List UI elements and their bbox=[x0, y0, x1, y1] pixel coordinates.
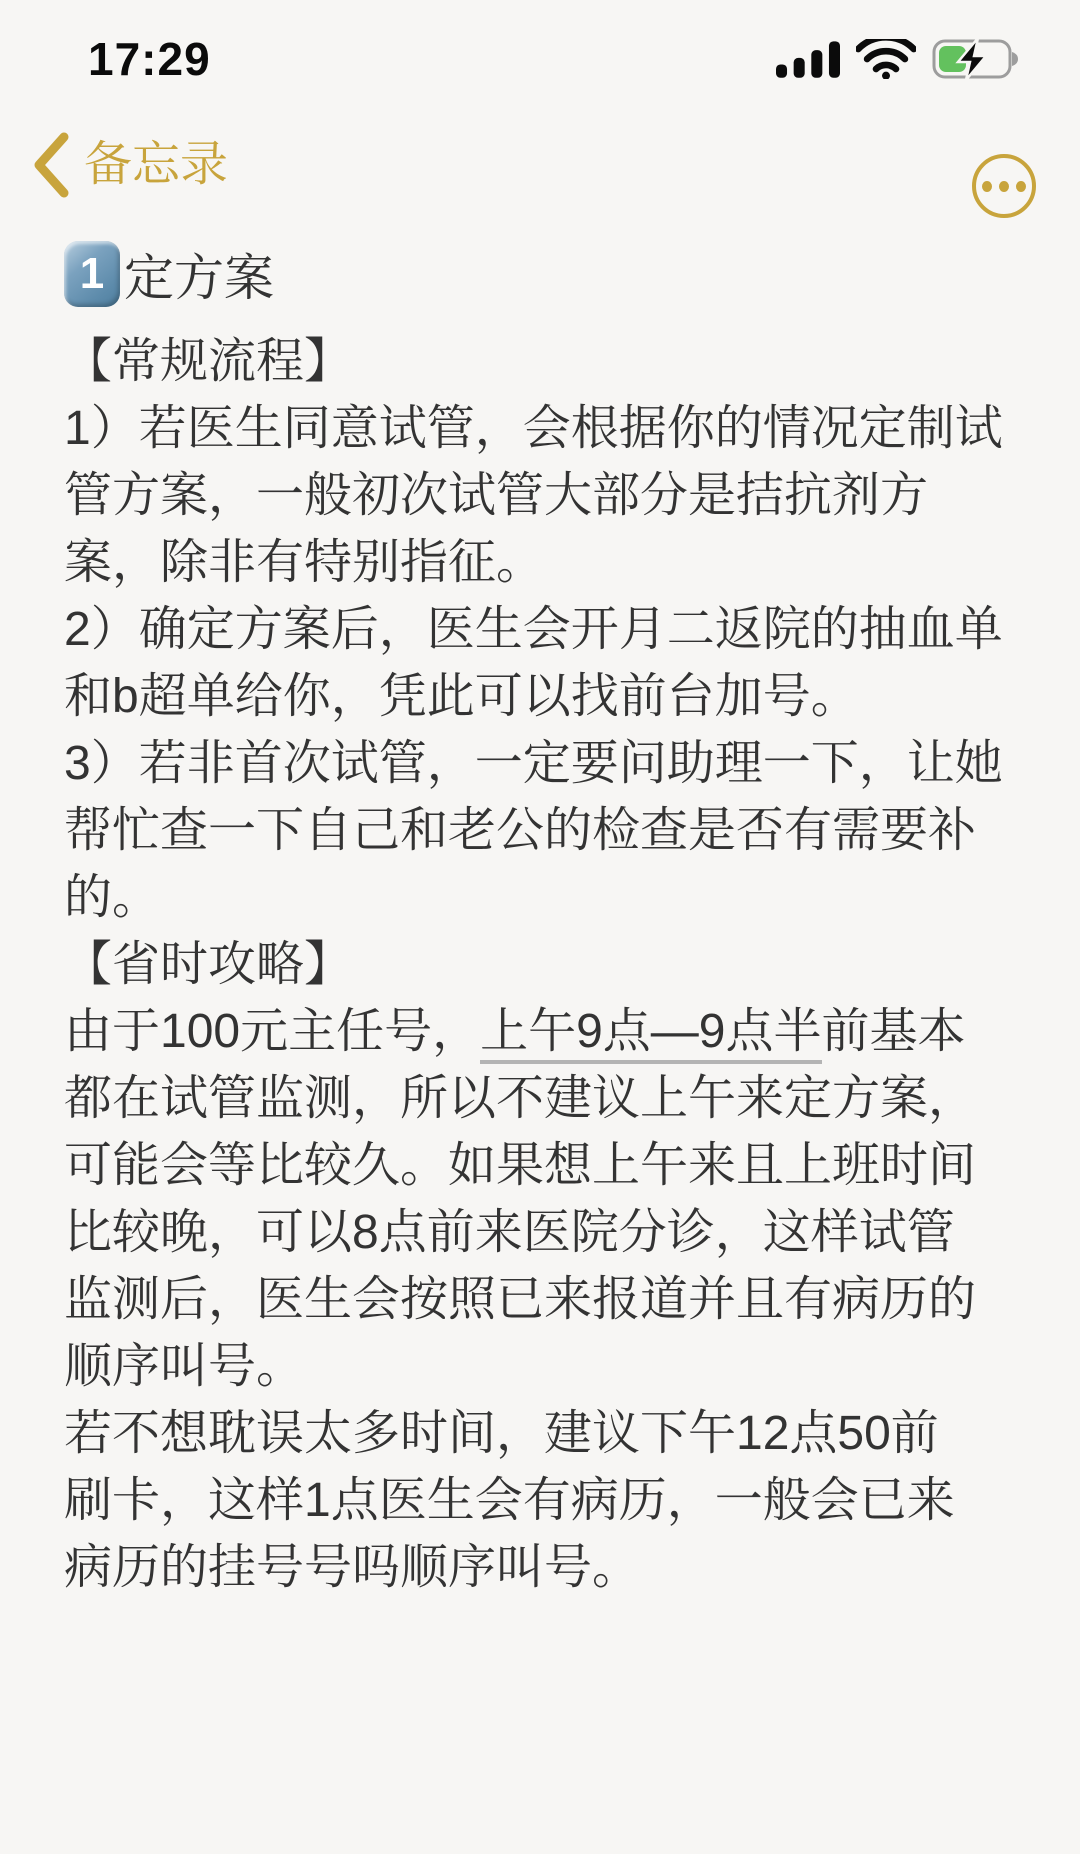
note-line: 监测后，医生会按照已来报道并且有病历的 bbox=[64, 1266, 1030, 1333]
notes-app-screen: 17:29 bbox=[0, 0, 1080, 1854]
back-button[interactable]: 备忘录 bbox=[28, 126, 232, 204]
underlined-text: 上午9点—9点半 bbox=[480, 1005, 821, 1064]
ellipsis-icon bbox=[1016, 181, 1026, 192]
cellular-signal-icon bbox=[776, 40, 840, 78]
chevron-left-icon bbox=[32, 132, 70, 198]
note-line: 2）确定方案后，医生会开月二返院的抽血单 bbox=[64, 596, 1030, 663]
note-editor[interactable]: 1 定方案 【常规流程】 1）若医生同意试管，会根据你的情况定制试 管方案，一般… bbox=[64, 228, 1030, 1601]
note-line: 和b超单给你，凭此可以找前台加号。 bbox=[64, 663, 1030, 730]
note-text-segment: 前基本 bbox=[822, 1005, 966, 1058]
note-line: 比较晚，可以8点前来医院分诊，这样试管 bbox=[64, 1199, 1030, 1266]
status-icons bbox=[776, 37, 1024, 81]
note-line: 病历的挂号号吗顺序叫号。 bbox=[64, 1534, 1030, 1601]
note-line: 【常规流程】 bbox=[64, 328, 1030, 395]
note-line: 由于100元主任号，上午9点—9点半前基本 bbox=[64, 998, 1030, 1065]
ellipsis-icon bbox=[982, 181, 992, 192]
back-label: 备忘录 bbox=[84, 141, 228, 189]
note-line: 顺序叫号。 bbox=[64, 1333, 1030, 1400]
note-line: 都在试管监测，所以不建议上午来定方案， bbox=[64, 1065, 1030, 1132]
nav-bar: 备忘录 bbox=[0, 126, 1080, 226]
note-line: 可能会等比较久。如果想上午来且上班时间 bbox=[64, 1132, 1030, 1199]
note-line: 管方案，一般初次试管大部分是拮抗剂方 bbox=[64, 462, 1030, 529]
keycap-1-emoji: 1 bbox=[64, 241, 120, 307]
note-title-line: 1 定方案 bbox=[64, 228, 1030, 320]
more-options-button[interactable] bbox=[972, 154, 1036, 218]
ellipsis-icon bbox=[999, 181, 1009, 192]
wifi-icon bbox=[856, 39, 916, 79]
battery-charging-icon bbox=[932, 37, 1024, 81]
note-text-segment: 由于100元主任号， bbox=[64, 1005, 480, 1058]
note-line: 【省时攻略】 bbox=[64, 931, 1030, 998]
note-line: 1）若医生同意试管，会根据你的情况定制试 bbox=[64, 395, 1030, 462]
note-line: 的。 bbox=[64, 864, 1030, 931]
note-title-text: 定方案 bbox=[124, 238, 274, 310]
note-line: 若不想耽误太多时间，建议下午12点50前 bbox=[64, 1400, 1030, 1467]
note-line: 3）若非首次试管，一定要问助理一下，让她 bbox=[64, 730, 1030, 797]
note-line: 帮忙查一下自己和老公的检查是否有需要补 bbox=[64, 797, 1030, 864]
status-bar: 17:29 bbox=[0, 0, 1080, 104]
note-text-block: 【常规流程】 1）若医生同意试管，会根据你的情况定制试 管方案，一般初次试管大部… bbox=[64, 328, 1030, 1601]
note-line: 刷卡，这样1点医生会有病历，一般会已来 bbox=[64, 1467, 1030, 1534]
note-line: 案，除非有特别指征。 bbox=[64, 529, 1030, 596]
status-time: 17:29 bbox=[88, 32, 211, 86]
